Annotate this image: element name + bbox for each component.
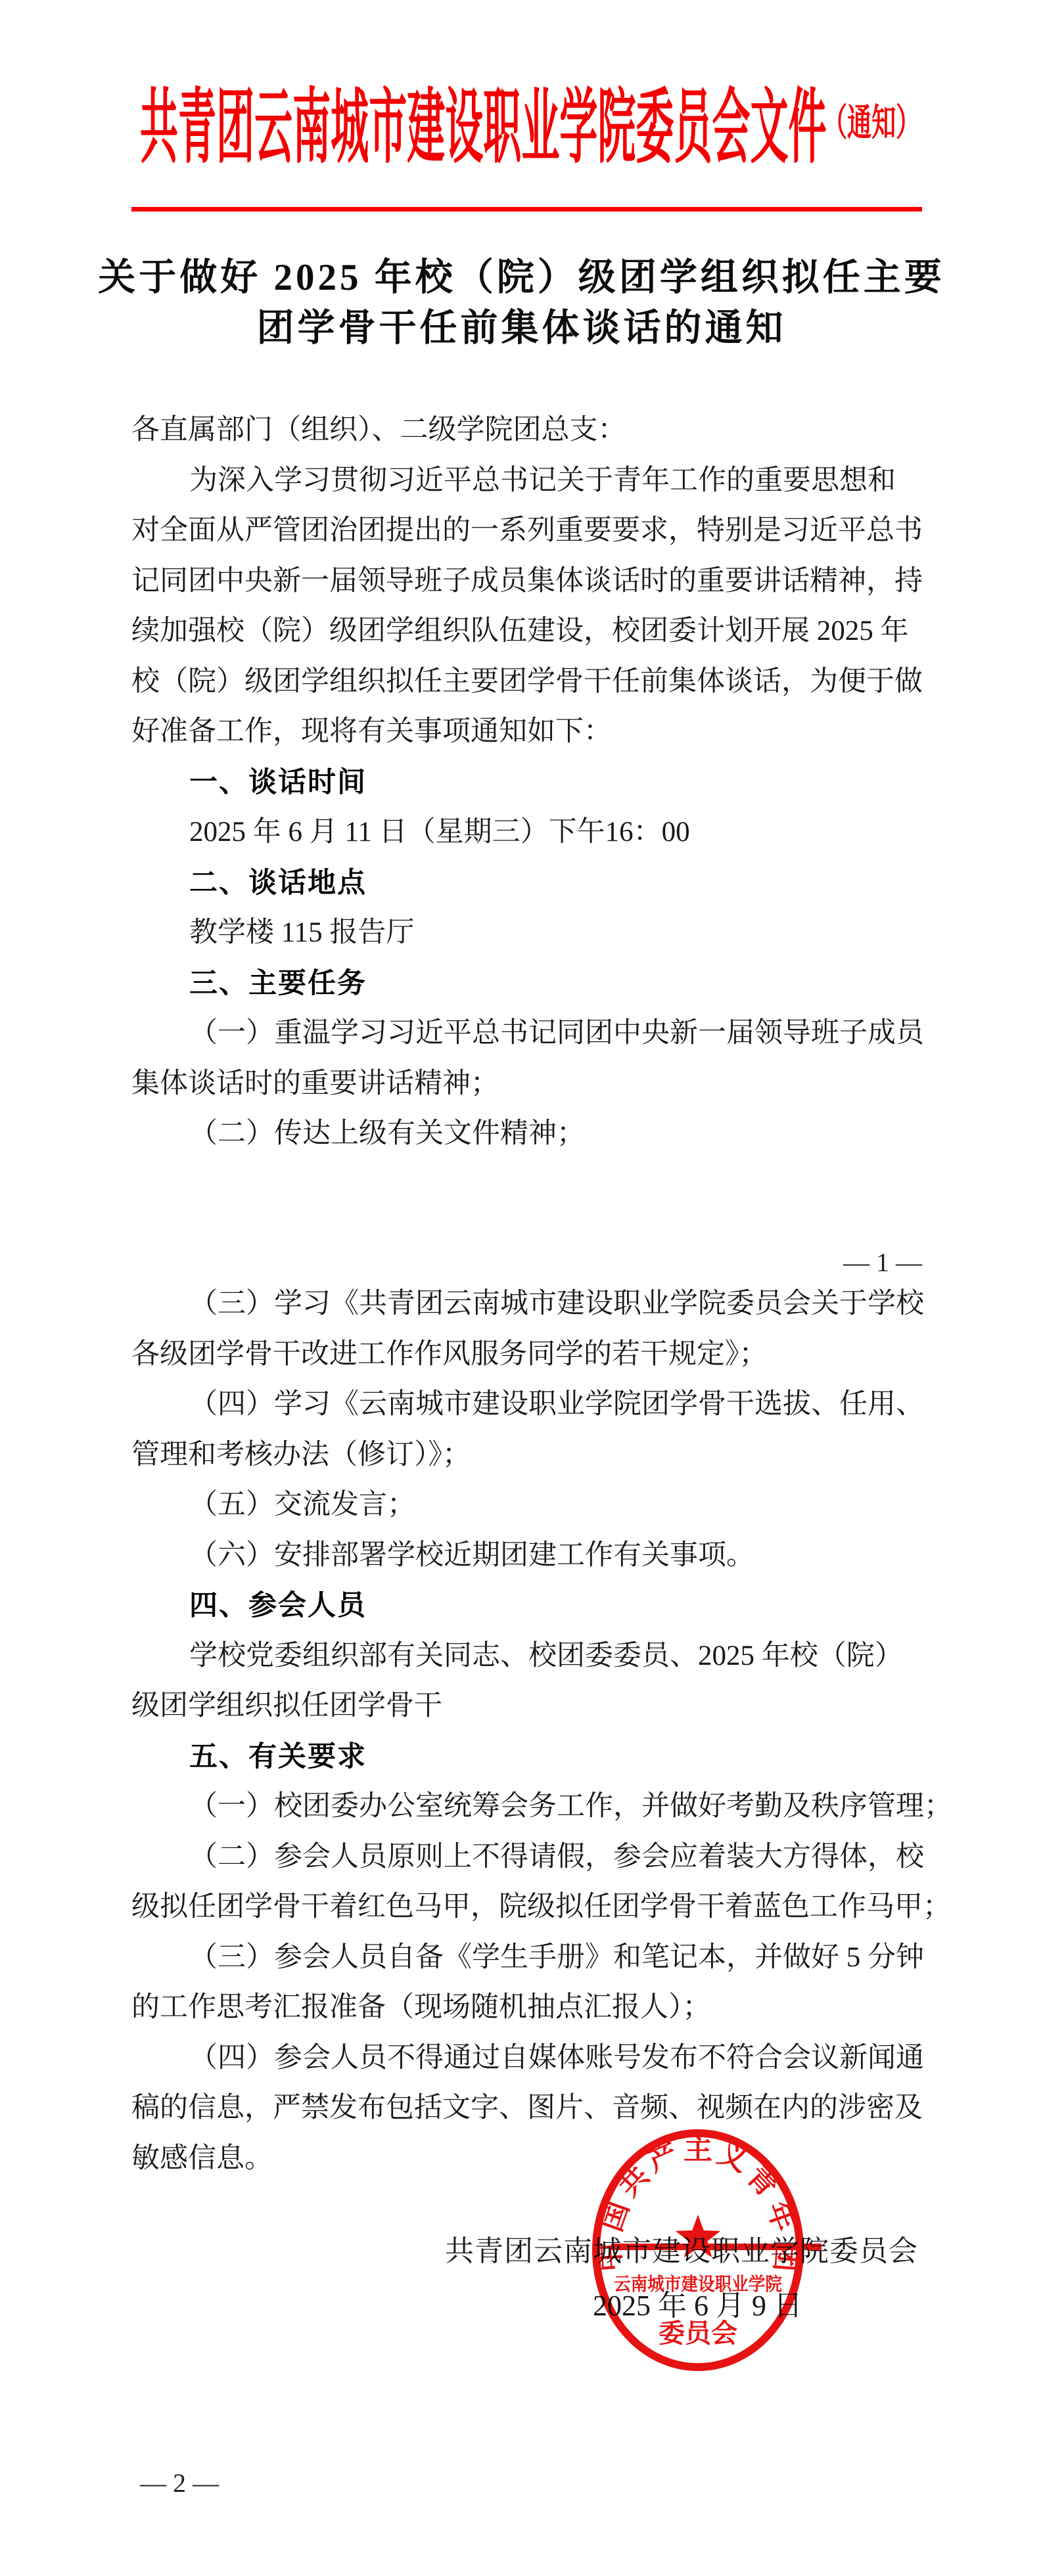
document-page: 共青团云南城市建设职业学院委员会文件 （通知） 关于做好 2025 年校（院）级… — [0, 0, 1043, 2576]
body-line: （三）参会人员自备《学生手册》和笔记本，并做好 5 分钟 — [131, 1933, 930, 1983]
seal-star-icon — [676, 2215, 720, 2257]
body-line: 各级团学骨干改进工作作风服务同学的若干规定》； — [131, 1330, 930, 1380]
section-heading-5: 五、有关要求 — [131, 1732, 930, 1782]
section-heading-3: 三、主要任务 — [131, 959, 930, 1009]
page2-body: （三）学习《共青团云南城市建设职业学院委员会关于学校 各级团学骨干改进工作作风服… — [131, 1279, 930, 2184]
seal-arc-char: 中 — [593, 2242, 628, 2272]
red-separator-line — [131, 207, 922, 212]
seal-committee-label: 委员会 — [659, 2319, 737, 2348]
letterhead-org-title: 共青团云南城市建设职业学院委员会文件 — [140, 87, 827, 169]
page1-number: — 1 — — [0, 1247, 922, 1278]
body-line: 对全面从严管团治团提出的一系列重要要求，特别是习近平总书 — [131, 506, 930, 556]
body-line: （六）安排部署学校近期团建工作有关事项。 — [131, 1531, 930, 1581]
body-line: （一）校团委办公室统筹会务工作，并做好考勤及秩序管理； — [131, 1782, 930, 1832]
document-title-line-2: 团学骨干任前集体谈话的通知 — [0, 303, 1043, 353]
body-line: 管理和考核办法（修订）》； — [131, 1430, 930, 1481]
official-seal: 中 国 共 产 主 义 青 年 团 云南城市建设职业学院 委员会 — [585, 2127, 825, 2380]
seal-arc-char: 主 — [684, 2133, 712, 2165]
body-line: 教学楼 115 报告厅 — [131, 908, 930, 959]
body-line: （五）交流发言； — [131, 1480, 930, 1531]
page1-body: 各直属部门（组织）、二级学院团总支： 为深入学习贯彻习近平总书记关于青年工作的重… — [131, 405, 930, 1160]
body-line: 2025 年 6 月 11 日（星期三）下午16：00 — [131, 807, 930, 858]
body-line: 集体谈话时的重要讲话精神； — [131, 1059, 930, 1110]
body-line: （四）学习《云南城市建设职业学院团学骨干选拔、任用、 — [131, 1380, 930, 1430]
body-line: 记同团中央新一届领导班子成员集体谈话时的重要讲话精神，持 — [131, 556, 930, 607]
document-title: 关于做好 2025 年校（院）级团学组织拟任主要 团学骨干任前集体谈话的通知 — [0, 252, 1043, 353]
body-line: 为深入学习贯彻习近平总书记关于青年工作的重要思想和 — [131, 456, 930, 507]
section-heading-1: 一、谈话时间 — [131, 757, 930, 808]
page2-number: — 2 — — [140, 2468, 219, 2498]
seal-arc-char: 共 — [612, 2160, 655, 2203]
section-heading-4: 四、参会人员 — [131, 1581, 930, 1631]
letterhead-notice-tag: （通知） — [823, 104, 920, 143]
seal-arc-text: 中 国 共 产 主 义 青 年 团 — [593, 2133, 802, 2272]
seal-arc-char: 青 — [741, 2160, 784, 2203]
body-line: （四）参会人员不得通过自媒体账号发布不符合会议新闻通 — [131, 2033, 930, 2084]
body-line: （一）重温学习习近平总书记同团中央新一届领导班子成员 — [131, 1008, 930, 1059]
body-line: 级团学组织拟任团学骨干 — [131, 1681, 930, 1732]
body-line: （三）学习《共青团云南城市建设职业学院委员会关于学校 — [131, 1279, 930, 1330]
body-line: （二）参会人员原则上不得请假，参会应着装大方得体，校 — [131, 1832, 930, 1883]
body-line: 好准备工作，现将有关事项通知如下： — [131, 707, 930, 757]
seal-arc-char: 团 — [768, 2242, 802, 2272]
body-line: 级拟任团学骨干着红色马甲，院级拟任团学骨干着蓝色工作马甲； — [131, 1882, 930, 1933]
document-title-line-1: 关于做好 2025 年校（院）级团学组织拟任主要 — [0, 252, 1043, 303]
body-line: 各直属部门（组织）、二级学院团总支： — [131, 405, 930, 456]
body-line: 续加强校（院）级团学组织队伍建设，校团委计划开展 2025 年 — [131, 606, 930, 657]
body-line: （二）传达上级有关文件精神； — [131, 1109, 930, 1160]
seal-school-name: 云南城市建设职业学院 — [614, 2274, 782, 2294]
body-line: 学校党委组织部有关同志、校团委委员、2025 年校（院） — [131, 1631, 930, 1682]
body-line: 校（院）级团学组织拟任主要团学骨干任前集体谈话，为便于做 — [131, 657, 930, 708]
section-heading-2: 二、谈话地点 — [131, 858, 930, 909]
body-line: 的工作思考汇报准备（现场随机抽点汇报人）； — [131, 1983, 930, 2033]
